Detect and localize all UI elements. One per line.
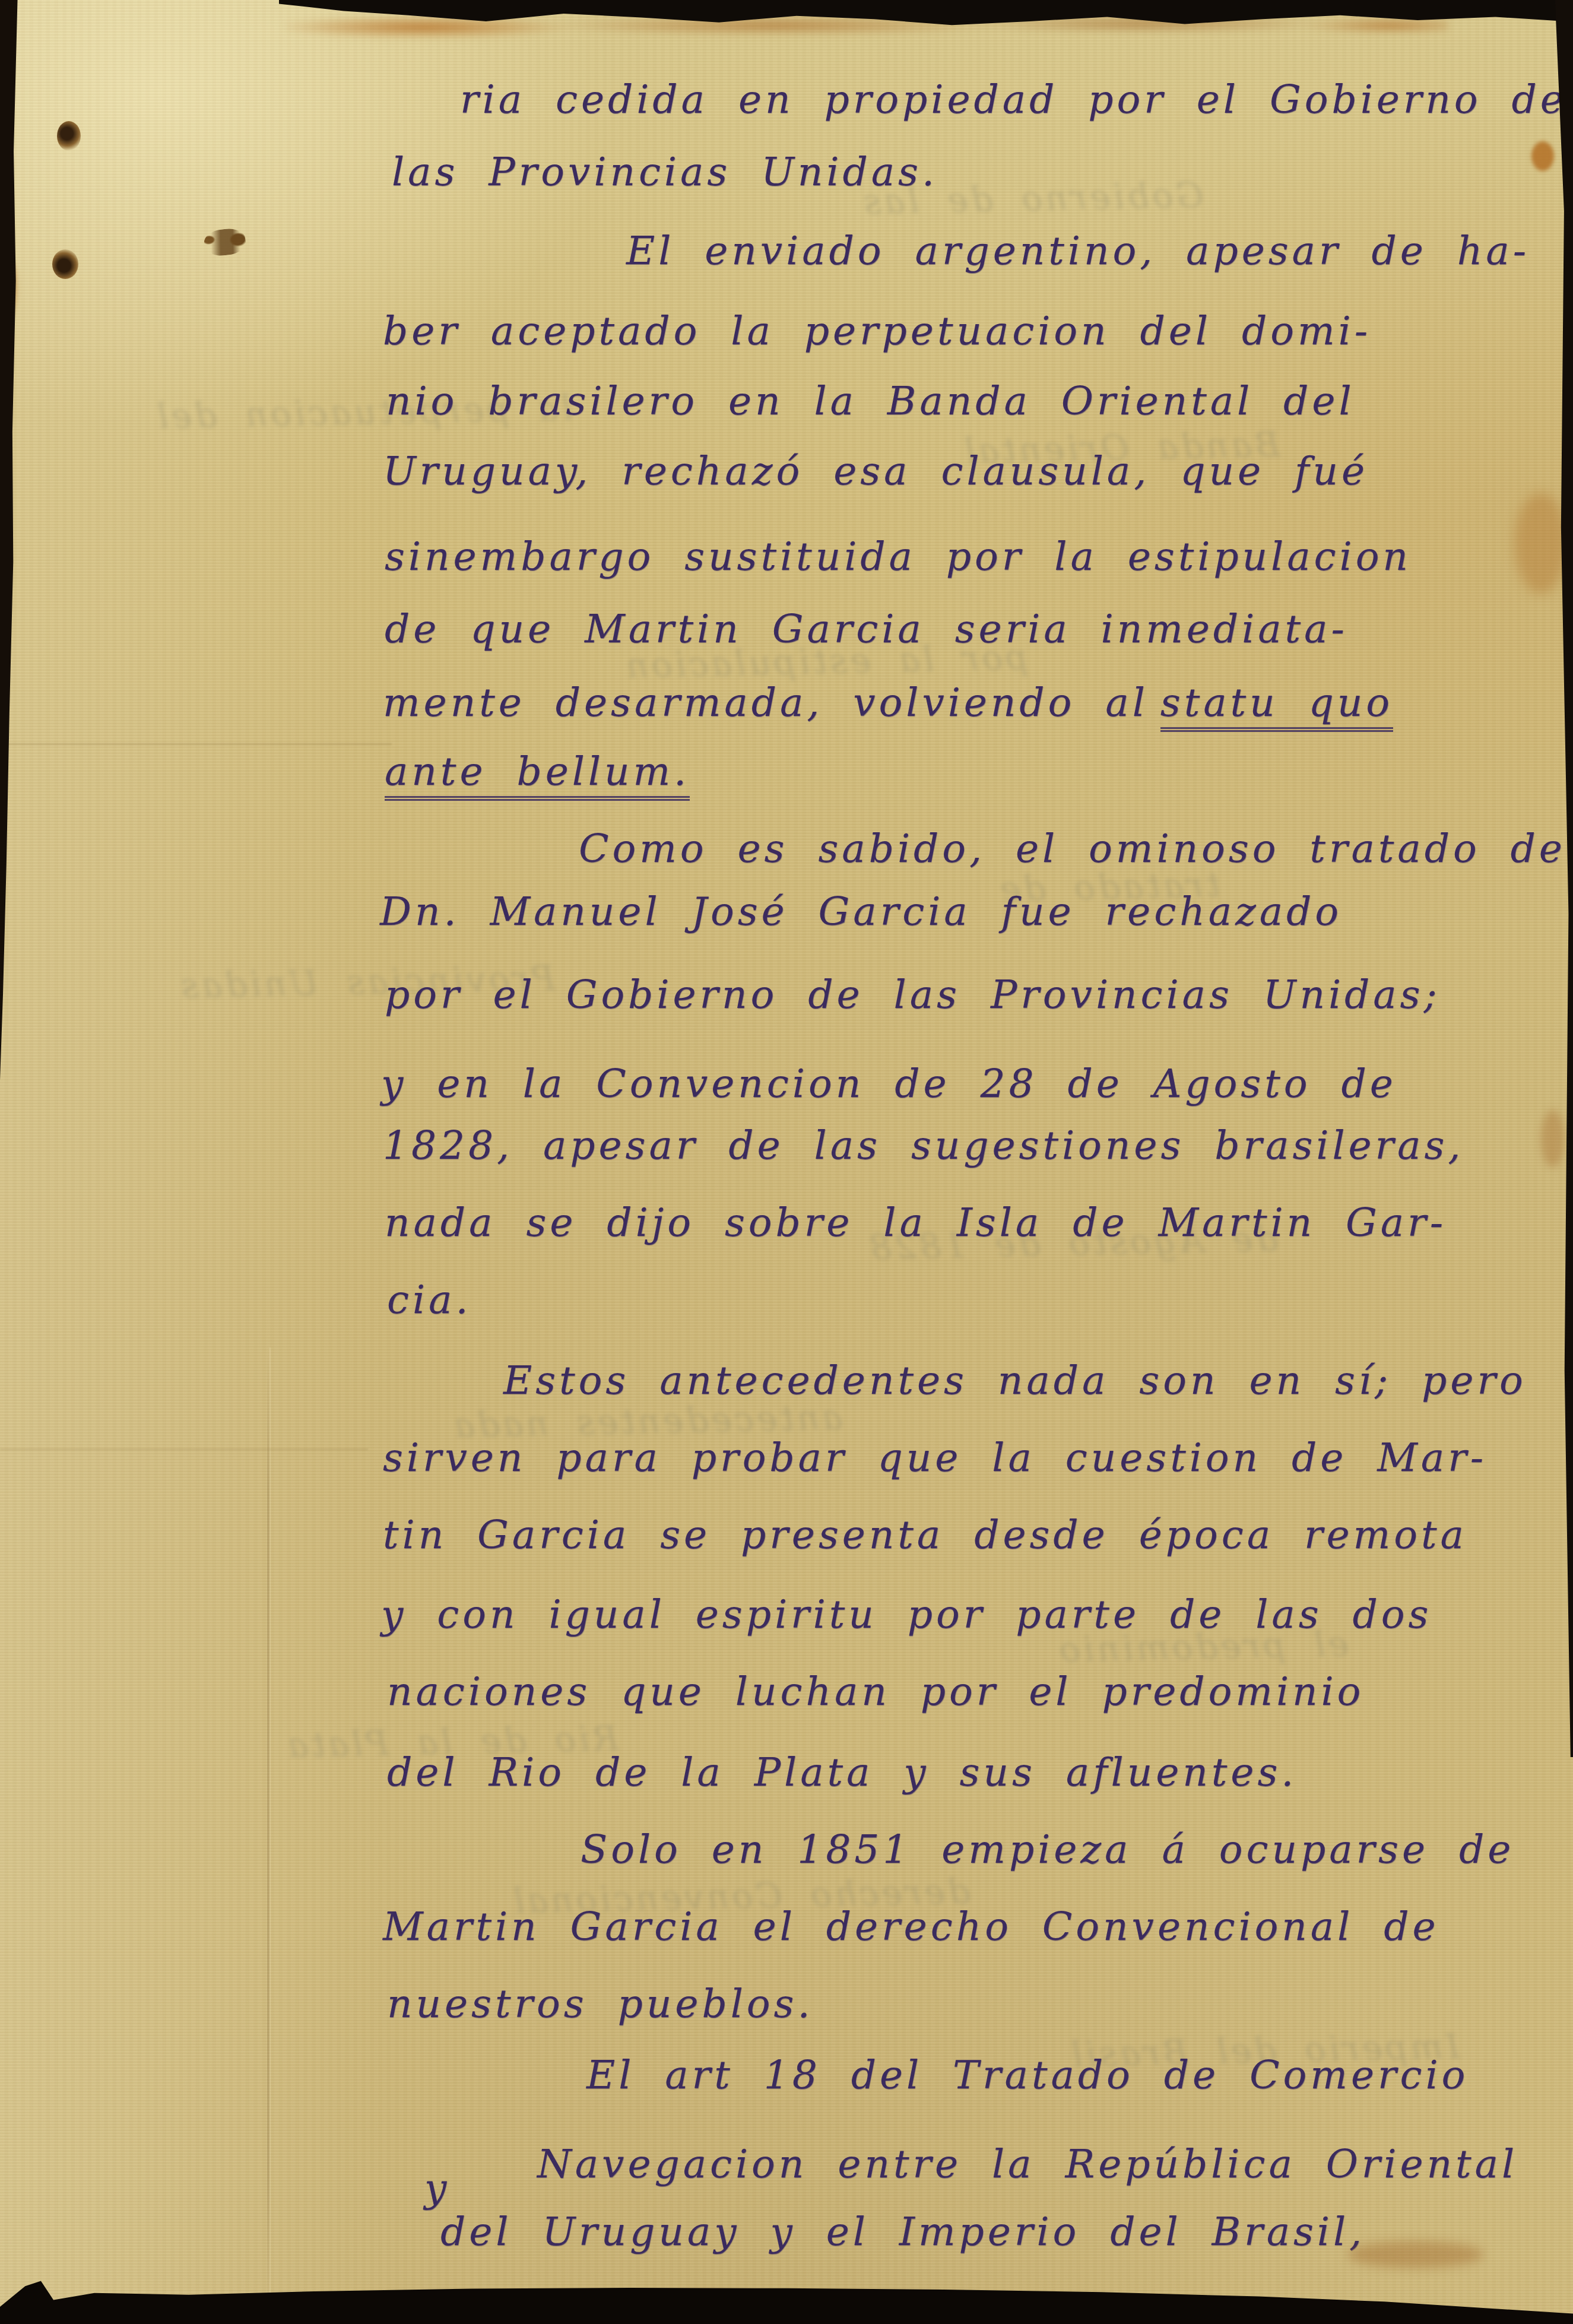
manuscript-line: sinembargo sustituida por la estipulacio… [385,534,1412,579]
manuscript-line: nada se dijo sobre la Isla de Martin Gar… [385,1200,1447,1245]
manuscript-line: El art 18 del Tratado de Comercio [586,2053,1469,2098]
manuscript-line: Dn. Manuel José Garcia fue rechazado [380,889,1342,934]
manuscript-line: 1828, apesar de las sugestiones brasiler… [383,1123,1464,1168]
manuscript-line: Como es sabido, el ominoso tratado de [579,826,1566,871]
manuscript-line: las Provincias Unidas. [392,150,938,195]
rust-stain [1515,493,1567,594]
fold-crease-vertical [267,1348,269,2321]
rust-stain [1347,2241,1484,2268]
manuscript-line: Solo en 1851 empieza á ocuparse de [581,1827,1514,1872]
fold-crease-horizontal [0,1448,368,1450]
manuscript-line: de que Martin Garcia seria inmediata- [385,607,1348,652]
punch-hole [52,249,78,279]
fold-crease-horizontal [0,743,392,745]
manuscript-line: ria cedida en propiedad por el Gobierno … [460,77,1567,122]
punch-hole [57,121,81,151]
manuscript-line: sirven para probar que la cuestion de Ma… [383,1435,1487,1480]
manuscript-line: nio brasilero en la Banda Oriental del [386,379,1355,424]
manuscript-line: Uruguay, rechazó esa clausula, que fué [383,449,1368,494]
manuscript-photo: Gobierno de las la perpetuacion del Band… [0,0,1573,2324]
manuscript-line: ante bellum. [385,749,690,794]
rust-stain [1531,141,1554,171]
manuscript-line: y [424,2166,450,2211]
manuscript-line: del Uruguay y el Imperio del Brasil, [440,2209,1365,2255]
manuscript-line: ber aceptado la perpetuacion del domi- [383,309,1371,354]
manuscript-line: Estos antecedentes nada son en sí; pero [503,1358,1527,1403]
manuscript-line: nuestros pueblos. [387,1981,813,2027]
manuscript-line: naciones que luchan por el predominio [387,1669,1364,1714]
manuscript-line: Navegacion entre la República Oriental [537,2142,1518,2187]
manuscript-line: El enviado argentino, apesar de ha- [626,229,1530,274]
manuscript-line: cia. [387,1277,471,1323]
manuscript-line: mente desarmada, volviendo alstatu quo [383,680,1393,725]
manuscript-line: tin Garcia se presenta desde época remot… [383,1513,1467,1558]
underlined-phrase: statu quo [1160,680,1393,732]
manuscript-line: y con igual espiritu por parte de las do… [381,1592,1432,1637]
manuscript-line: por el Gobierno de las Provincias Unidas… [385,972,1441,1017]
manuscript-line: Martin Garcia el derecho Convencional de [383,1904,1439,1949]
manuscript-line: y en la Convencion de 28 de Agosto de [381,1061,1397,1106]
rust-stain [1541,1110,1565,1167]
manuscript-line: del Rio de la Plata y sus afluentes. [387,1750,1297,1795]
underlined-phrase: ante bellum. [385,749,690,801]
